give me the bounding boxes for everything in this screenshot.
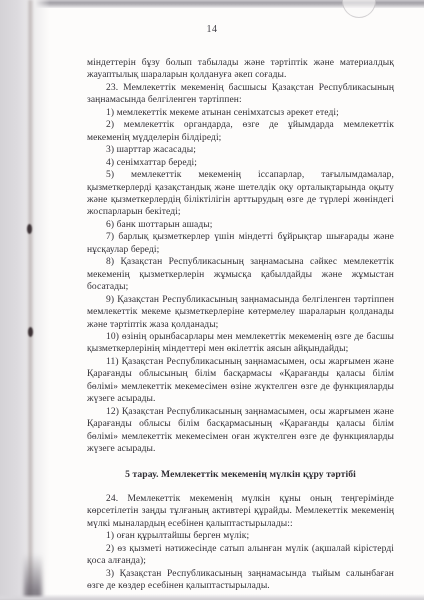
list-item: 9) Қазақстан Республикасының заңнамасынд… [87, 294, 394, 331]
ink-speck [27, 224, 32, 234]
list-item: 8) Қазақстан Республикасының заңнамасына… [87, 256, 394, 293]
paragraph: 24. Мемлекеттік мекеменің мүлкін құны он… [87, 493, 394, 530]
paragraph: міндеттерін бұзу болып табылады және тәр… [87, 57, 394, 82]
list-item: 3) шарттар жасасады; [87, 144, 394, 156]
list-item: 1) мемлекеттік мекеме атынан сенімхатсыз… [87, 107, 394, 119]
list-item: 12) Қазақстан Республикасының заңнамасым… [87, 406, 394, 456]
binding-shadow [0, 0, 50, 600]
list-item: 7) барлық қызметкерлер үшін міндетті бұй… [87, 231, 394, 256]
list-item: 3) Қазақстан Республикасының заңнамасынд… [87, 568, 394, 593]
list-item: 4) сенімхаттар береді; [87, 157, 394, 169]
list-item: 1) оған құрылтайшы берген мүлік; [87, 530, 394, 542]
document-body: міндеттерін бұзу болып табылады және тәр… [87, 57, 394, 593]
page-fold-shadow [27, 0, 34, 600]
list-item: 5) мемлекеттік мекеменің іссапарлар, тағ… [87, 169, 394, 219]
list-item: 2) өз қызметі нәтижесінде сатып алынған … [87, 543, 394, 568]
list-item: 2) мемлекеттік органдарда, өзге де ұйымд… [87, 119, 394, 144]
scan-edge-bottom [0, 594, 424, 600]
section-heading: 5 тарау. Мемлекеттік мекеменің мүлкін құ… [87, 469, 394, 481]
list-item: 10) өзінің орынбасарлары мен мемлекеттік… [87, 331, 394, 356]
punch-hole-mark [342, 0, 376, 18]
list-item: 6) банк шоттарын ашады; [87, 219, 394, 231]
ink-speck [28, 327, 33, 337]
list-item: 11) Қазақстан Республикасының заңнамасым… [87, 356, 394, 406]
paragraph: 23. Мемлекеттік мекеменің басшысы Қазақс… [87, 82, 394, 107]
page-number: 14 [0, 24, 424, 35]
scanned-document-page: 14 міндеттерін бұзу болып табылады және … [0, 0, 424, 600]
